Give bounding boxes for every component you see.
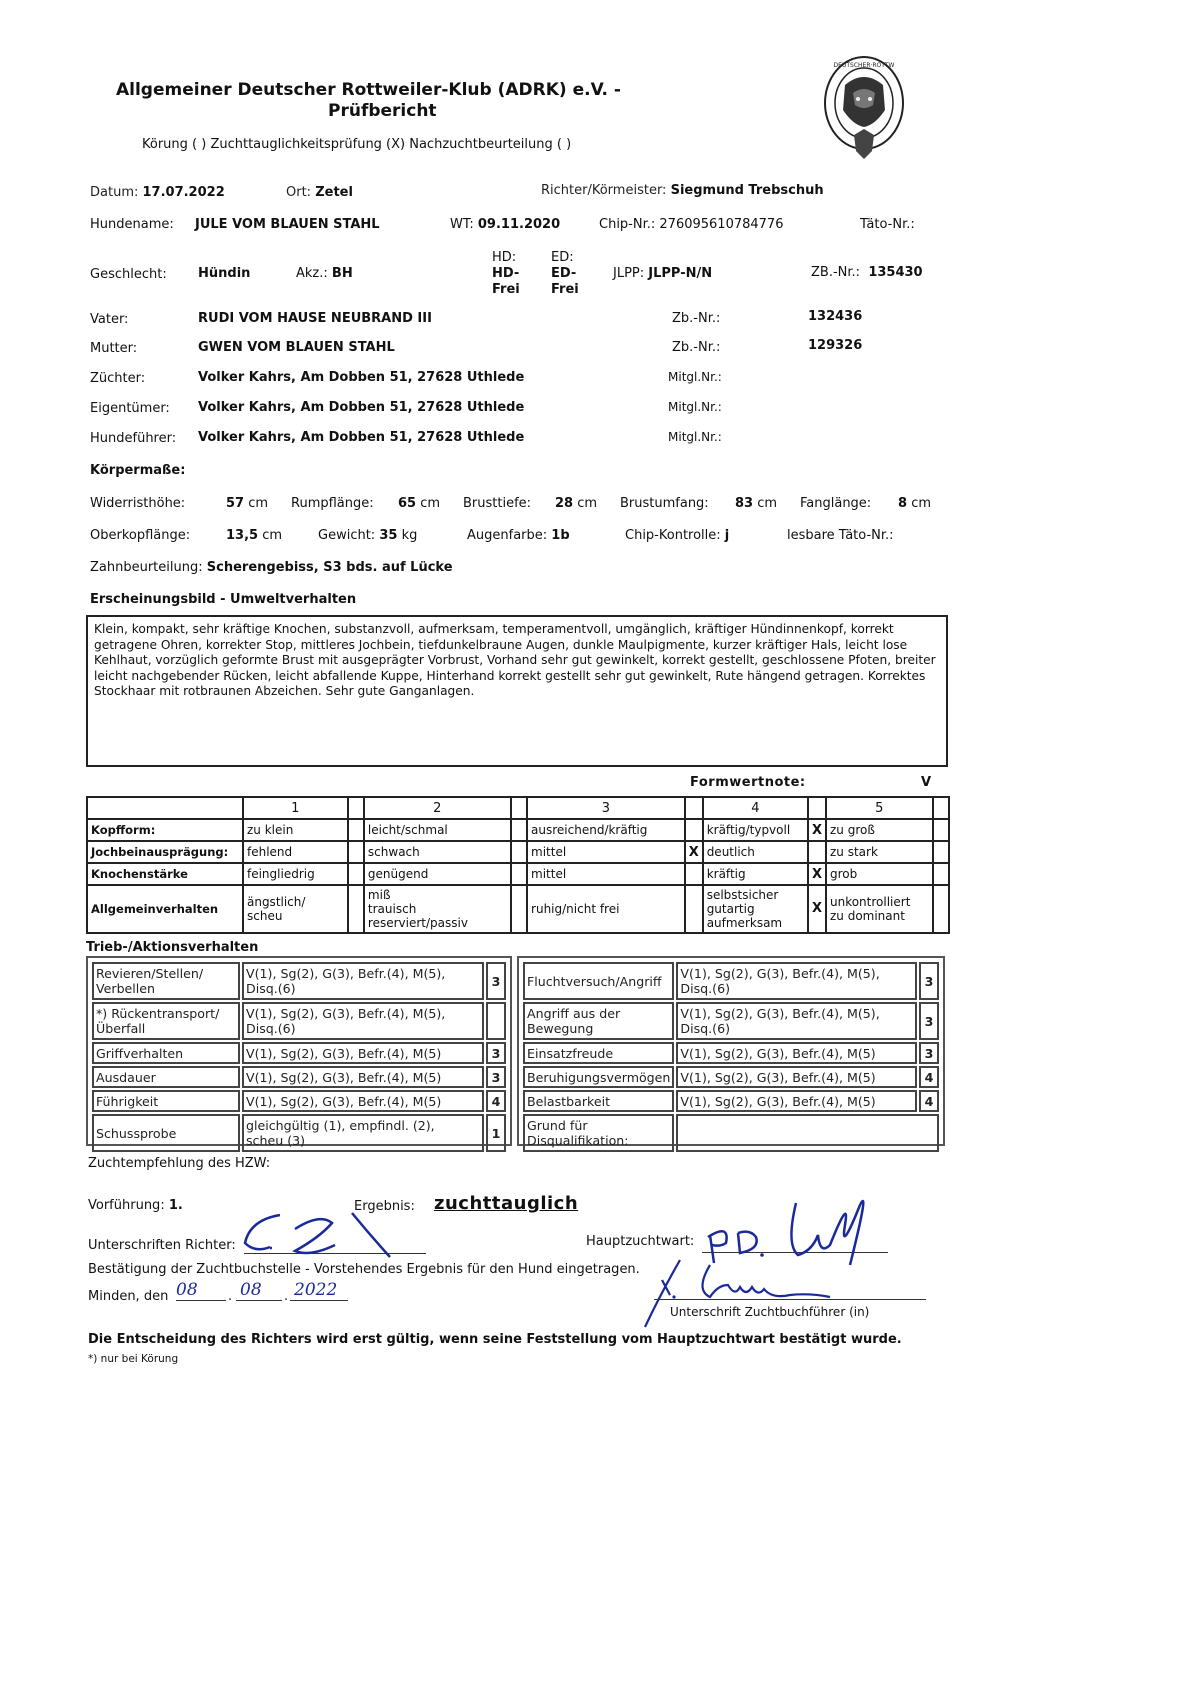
trieb-scale: V(1), Sg(2), G(3), Befr.(4), M(5),Disq.(… (676, 1002, 917, 1040)
trieb-heading: Trieb-/Aktionsverhalten (86, 940, 258, 955)
formwert-checkbox[interactable]: X (808, 819, 826, 841)
formwert-row-label: Kopfform: (87, 819, 243, 841)
hauptzuchtwart-label: Hauptzuchtwart: (586, 1234, 694, 1249)
formwert-checkbox[interactable]: X (808, 885, 826, 933)
bestaetigung-text: Bestätigung der Zuchtbuchstelle - Vorste… (88, 1262, 640, 1277)
notice-text: Die Entscheidung des Richters wird erst … (88, 1332, 902, 1347)
formwert-option: ängstlich/scheu (243, 885, 348, 933)
trieb-score[interactable]: 4 (919, 1090, 939, 1112)
trieb-score[interactable]: 3 (919, 962, 939, 1000)
formwert-row-label: Jochbeinausprägung: (87, 841, 243, 863)
zuchtbuchfuehrer-label: Unterschrift Zuchtbuchführer (in) (670, 1305, 869, 1319)
gewicht-field: Gewicht: 35 kg (318, 528, 417, 543)
trieb-row: BelastbarkeitV(1), Sg(2), G(3), Befr.(4)… (523, 1090, 939, 1112)
formwert-checkbox[interactable] (685, 819, 703, 841)
trieb-row: Angriff aus derBewegungV(1), Sg(2), G(3)… (523, 1002, 939, 1040)
eigentuemer-mitgl-label: Mitgl.Nr.: (668, 400, 722, 414)
trieb-scale: V(1), Sg(2), G(3), Befr.(4), M(5) (242, 1066, 484, 1088)
formwert-checkbox[interactable] (511, 885, 527, 933)
day-line (176, 1300, 226, 1301)
trieb-disqualification-reason[interactable] (676, 1114, 939, 1152)
trieb-label: Einsatzfreude (523, 1042, 674, 1064)
formwert-option: feingliedrig (243, 863, 348, 885)
month-line (236, 1300, 282, 1301)
hd-field: HD: HD- Frei (492, 250, 520, 298)
augen-field: Augenfarbe: 1b (467, 528, 570, 543)
trieb-label: Ausdauer (92, 1066, 240, 1088)
trieb-score[interactable]: 4 (486, 1090, 506, 1112)
formwert-option: unkontrolliertzu dominant (826, 885, 933, 933)
trieb-label: Führigkeit (92, 1090, 240, 1112)
formwert-checkbox[interactable] (933, 863, 949, 885)
formwert-row-label: Knochenstärke (87, 863, 243, 885)
formwert-column-header: 2 (364, 797, 511, 819)
eigentuemer-label: Eigentümer: (90, 401, 170, 416)
vater-zb-value: 132436 (808, 309, 862, 324)
trieb-label: *) Rückentransport/Überfall (92, 1002, 240, 1040)
chip-field: Chip-Nr.: 276095610784776 (599, 217, 783, 232)
formwert-option: fehlend (243, 841, 348, 863)
trieb-label: Belastbarkeit (523, 1090, 674, 1112)
formwert-mark-header (808, 797, 826, 819)
hundename-label: Hundename: (90, 217, 174, 232)
trieb-label: Angriff aus derBewegung (523, 1002, 674, 1040)
formwert-checkbox[interactable] (933, 885, 949, 933)
trieb-label: Revieren/Stellen/Verbellen (92, 962, 240, 1000)
adrk-seal-icon: DEUTSCHER·ROTTW (823, 55, 905, 163)
formwert-checkbox[interactable]: X (808, 863, 826, 885)
vorfuehrung-field: Vorführung: 1. (88, 1198, 183, 1213)
formwert-mark-header (348, 797, 364, 819)
formwert-column-header: 4 (703, 797, 808, 819)
unterschriften-richter-label: Unterschriften Richter: (88, 1238, 236, 1253)
formwert-checkbox[interactable] (808, 841, 826, 863)
trieb-score[interactable]: 3 (486, 1042, 506, 1064)
formwert-mark-header (685, 797, 703, 819)
formwert-table: 12345Kopfform:zu kleinleicht/schmalausre… (86, 796, 950, 934)
wt-field: WT: 09.11.2020 (450, 217, 560, 232)
formwertnote-value: V (921, 775, 931, 790)
appearance-heading: Erscheinungsbild - Umweltverhalten (90, 592, 356, 607)
richter-field: Richter/Körmeister: Siegmund Trebschuh (541, 183, 824, 198)
formwert-header-empty (87, 797, 243, 819)
datum-field: Datum: 17.07.2022 (90, 185, 225, 200)
trieb-right-table: Fluchtversuch/AngriffV(1), Sg(2), G(3), … (521, 960, 941, 1154)
trieb-label: Schussprobe (92, 1114, 240, 1152)
trieb-scale: V(1), Sg(2), G(3), Befr.(4), M(5),Disq.(… (242, 962, 484, 1000)
trieb-score[interactable]: 1 (486, 1114, 506, 1152)
formwert-checkbox[interactable]: X (685, 841, 703, 863)
mutter-value: GWEN VOM BLAUEN STAHL (198, 340, 395, 355)
formwert-row: Kopfform:zu kleinleicht/schmalausreichen… (87, 819, 949, 841)
zb-field: ZB.-Nr.: 135430 (811, 265, 923, 280)
taeto-label: Täto-Nr.: (860, 217, 915, 232)
formwert-option: schwach (364, 841, 511, 863)
trieb-row: Schussprobegleichgültig (1), empfindl. (… (92, 1114, 506, 1152)
widerrist-label: Widerristhöhe: (90, 496, 185, 511)
trieb-row: *) Rückentransport/ÜberfallV(1), Sg(2), … (92, 1002, 506, 1040)
appearance-text-box: Klein, kompakt, sehr kräftige Knochen, s… (86, 615, 948, 767)
geschlecht-label: Geschlecht: (90, 267, 167, 282)
trieb-row: AusdauerV(1), Sg(2), G(3), Befr.(4), M(5… (92, 1066, 506, 1088)
trieb-label: Griffverhalten (92, 1042, 240, 1064)
svg-text:DEUTSCHER·ROTTW: DEUTSCHER·ROTTW (834, 62, 895, 69)
trieb-left-box: Revieren/Stellen/VerbellenV(1), Sg(2), G… (86, 956, 512, 1146)
formwert-checkbox[interactable] (348, 863, 364, 885)
trieb-row: Revieren/Stellen/VerbellenV(1), Sg(2), G… (92, 962, 506, 1000)
formwert-checkbox[interactable] (685, 885, 703, 933)
formwert-option: zu klein (243, 819, 348, 841)
trieb-scale: V(1), Sg(2), G(3), Befr.(4), M(5) (242, 1042, 484, 1064)
formwert-option: selbstsichergutartigaufmerksam (703, 885, 808, 933)
confirmation-day: 08 (176, 1280, 198, 1300)
formwert-option: kräftig (703, 863, 808, 885)
brustumfang-value: 83 cm (735, 496, 777, 511)
trieb-score[interactable]: 3 (486, 962, 506, 1000)
formwert-option: genügend (364, 863, 511, 885)
formwert-checkbox[interactable] (348, 885, 364, 933)
brustumfang-label: Brustumfang: (620, 496, 709, 511)
hundefuehrer-mitgl-label: Mitgl.Nr.: (668, 430, 722, 444)
year-line (290, 1300, 348, 1301)
formwert-checkbox[interactable] (933, 841, 949, 863)
formwert-option: mittel (527, 863, 685, 885)
eigentuemer-value: Volker Kahrs, Am Dobben 51, 27628 Uthled… (198, 400, 524, 415)
formwert-mark-header (511, 797, 527, 819)
richter-signature (240, 1205, 420, 1260)
ergebnis-value: zuchttauglich (434, 1193, 578, 1214)
trieb-row: Fluchtversuch/AngriffV(1), Sg(2), G(3), … (523, 962, 939, 1000)
formwert-checkbox[interactable] (511, 863, 527, 885)
trieb-scale: V(1), Sg(2), G(3), Befr.(4), M(5) (676, 1042, 917, 1064)
formwert-option: mißtrauischreserviert/passiv (364, 885, 511, 933)
mutter-label: Mutter: (90, 341, 137, 356)
trieb-label: Grund fürDisqualifikation: (523, 1114, 674, 1152)
zuechter-value: Volker Kahrs, Am Dobben 51, 27628 Uthled… (198, 370, 524, 385)
formwert-row: Knochenstärkefeingliedriggenügendmittelk… (87, 863, 949, 885)
akz-field: Akz.: BH (296, 266, 353, 281)
trieb-scale: V(1), Sg(2), G(3), Befr.(4), M(5) (676, 1090, 917, 1112)
minden-label: Minden, den (88, 1289, 168, 1304)
formwert-checkbox[interactable] (511, 819, 527, 841)
zahn-field: Zahnbeurteilung: Scherengebiss, S3 bds. … (90, 560, 453, 575)
trieb-score[interactable]: 4 (919, 1066, 939, 1088)
formwertnote-label: Formwertnote: (690, 775, 806, 790)
confirmation-month: 08 (240, 1280, 262, 1300)
formwert-checkbox[interactable] (348, 819, 364, 841)
hauptzuchtwart-signature (700, 1185, 940, 1265)
trieb-scale: V(1), Sg(2), G(3), Befr.(4), M(5) (676, 1066, 917, 1088)
formwert-option: ruhig/nicht frei (527, 885, 685, 933)
formwert-column-header: 3 (527, 797, 685, 819)
trieb-label: Fluchtversuch/Angriff (523, 962, 674, 1000)
formwert-option: zu stark (826, 841, 933, 863)
koerpermasse-heading: Körpermaße: (90, 463, 185, 478)
rumpf-label: Rumpflänge: (291, 496, 374, 511)
formwert-checkbox[interactable] (348, 841, 364, 863)
rumpf-value: 65 cm (398, 496, 440, 511)
trieb-label: Beruhigungsvermögen (523, 1066, 674, 1088)
chipkontrolle-field: Chip-Kontrolle: j (625, 528, 729, 543)
fang-label: Fanglänge: (800, 496, 871, 511)
lesbare-taeto-label: lesbare Täto-Nr.: (787, 528, 894, 543)
zuchtempfehlung-label: Zuchtempfehlung des HZW: (88, 1156, 270, 1171)
formwert-option: leicht/schmal (364, 819, 511, 841)
mutter-zb-label: Zb.-Nr.: (672, 340, 720, 355)
formwert-option: zu groß (826, 819, 933, 841)
vater-value: RUDI VOM HAUSE NEUBRAND III (198, 311, 432, 326)
mutter-zb-value: 129326 (808, 338, 862, 353)
brusttiefe-value: 28 cm (555, 496, 597, 511)
trieb-row: Grund fürDisqualifikation: (523, 1114, 939, 1152)
formwert-option: kräftig/typvoll (703, 819, 808, 841)
trieb-scale: gleichgültig (1), empfindl. (2),scheu (3… (242, 1114, 484, 1152)
formwert-mark-header (933, 797, 949, 819)
formwert-option: grob (826, 863, 933, 885)
vater-zb-label: Zb.-Nr.: (672, 311, 720, 326)
trieb-right-box: Fluchtversuch/AngriffV(1), Sg(2), G(3), … (517, 956, 945, 1146)
document-title: Prüfbericht (328, 101, 437, 121)
date-sep-2: . (284, 1289, 288, 1304)
trieb-row: GriffverhaltenV(1), Sg(2), G(3), Befr.(4… (92, 1042, 506, 1064)
zuchtbuchfuehrer-signature-line (654, 1299, 926, 1300)
org-title: Allgemeiner Deutscher Rottweiler-Klub (A… (116, 80, 621, 100)
ort-field: Ort: Zetel (286, 185, 353, 200)
formwert-row-label: Allgemeinverhalten (87, 885, 243, 933)
formwert-option: ausreichend/kräftig (527, 819, 685, 841)
vater-label: Vater: (90, 312, 128, 327)
hundefuehrer-value: Volker Kahrs, Am Dobben 51, 27628 Uthled… (198, 430, 524, 445)
exam-type-line: Körung ( ) Zuchttauglichkeitsprüfung (X)… (142, 137, 571, 152)
trieb-row: FührigkeitV(1), Sg(2), G(3), Befr.(4), M… (92, 1090, 506, 1112)
formwert-checkbox[interactable] (685, 863, 703, 885)
fang-value: 8 cm (898, 496, 931, 511)
hundefuehrer-label: Hundeführer: (90, 431, 176, 446)
hundename-value: JULE VOM BLAUEN STAHL (195, 217, 380, 232)
oberkopf-label: Oberkopflänge: (90, 528, 190, 543)
trieb-score[interactable]: 3 (919, 1002, 939, 1040)
trieb-score[interactable]: 3 (486, 1066, 506, 1088)
trieb-score[interactable]: 3 (919, 1042, 939, 1064)
brusttiefe-label: Brusttiefe: (463, 496, 531, 511)
trieb-left-table: Revieren/Stellen/VerbellenV(1), Sg(2), G… (90, 960, 508, 1154)
trieb-row: EinsatzfreudeV(1), Sg(2), G(3), Befr.(4)… (523, 1042, 939, 1064)
formwert-checkbox[interactable] (511, 841, 527, 863)
oberkopf-value: 13,5 cm (226, 528, 282, 543)
trieb-scale: V(1), Sg(2), G(3), Befr.(4), M(5),Disq.(… (676, 962, 917, 1000)
date-sep-1: . (228, 1289, 232, 1304)
jlpp-field: JLPP: JLPP-N/N (613, 266, 712, 281)
formwert-row: Jochbeinausprägung:fehlendschwachmittelX… (87, 841, 949, 863)
formwert-option: mittel (527, 841, 685, 863)
formwert-column-header: 1 (243, 797, 348, 819)
trieb-scale: V(1), Sg(2), G(3), Befr.(4), M(5) (242, 1090, 484, 1112)
confirmation-year: 2022 (294, 1280, 337, 1300)
footnote-text: *) nur bei Körung (88, 1353, 178, 1365)
formwert-option: deutlich (703, 841, 808, 863)
zuechter-label: Züchter: (90, 371, 145, 386)
zuechter-mitgl-label: Mitgl.Nr.: (668, 370, 722, 384)
trieb-score[interactable] (486, 1002, 506, 1040)
formwert-checkbox[interactable] (933, 819, 949, 841)
widerrist-value: 57 cm (226, 496, 268, 511)
geschlecht-value: Hündin (198, 266, 250, 281)
ed-field: ED: ED- Frei (551, 250, 579, 298)
formwert-column-header: 5 (826, 797, 933, 819)
formwert-row: Allgemeinverhaltenängstlich/scheumißtrau… (87, 885, 949, 933)
trieb-scale: V(1), Sg(2), G(3), Befr.(4), M(5),Disq.(… (242, 1002, 484, 1040)
trieb-row: BeruhigungsvermögenV(1), Sg(2), G(3), Be… (523, 1066, 939, 1088)
